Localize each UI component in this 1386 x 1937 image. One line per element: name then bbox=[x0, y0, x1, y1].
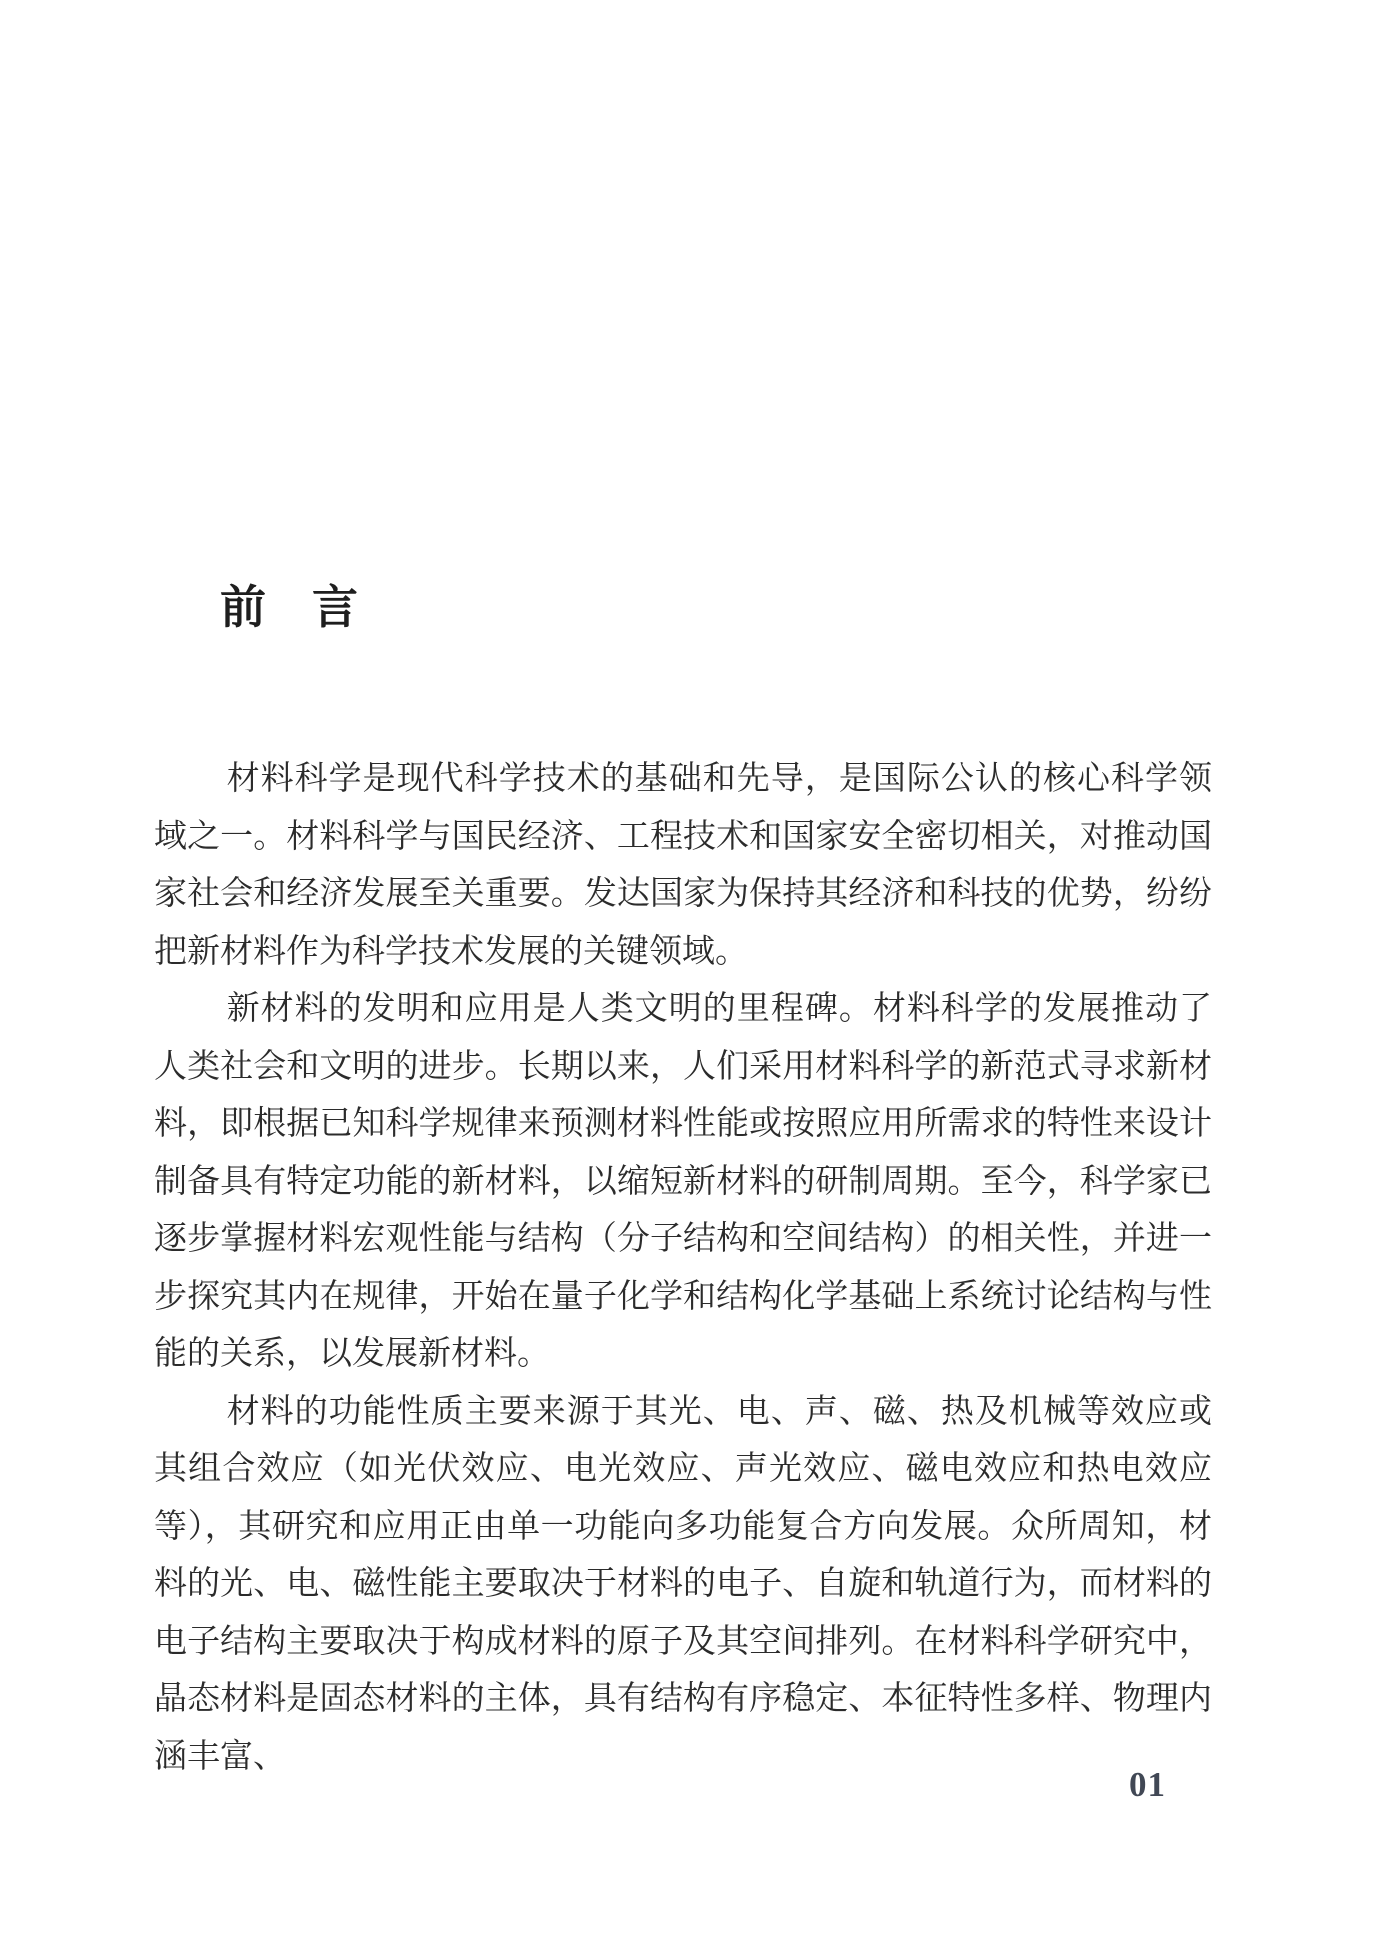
page-title: 前 言 bbox=[220, 582, 358, 635]
paragraph: 材料科学是现代科学技术的基础和先导，是国际公认的核心科学领域之一。材料科学与国民… bbox=[154, 751, 1212, 981]
body-text-block: 材料科学是现代科学技术的基础和先导，是国际公认的核心科学领域之一。材料科学与国民… bbox=[154, 751, 1212, 1786]
paragraph: 材料的功能性质主要来源于其光、电、声、磁、热及机械等效应或其组合效应（如光伏效应… bbox=[154, 1384, 1212, 1787]
document-page: 前 言 材料科学是现代科学技术的基础和先导，是国际公认的核心科学领域之一。材料科… bbox=[0, 0, 1386, 1937]
page-number: 01 bbox=[1129, 1766, 1166, 1805]
paragraph: 新材料的发明和应用是人类文明的里程碑。材料科学的发展推动了人类社会和文明的进步。… bbox=[154, 981, 1212, 1384]
